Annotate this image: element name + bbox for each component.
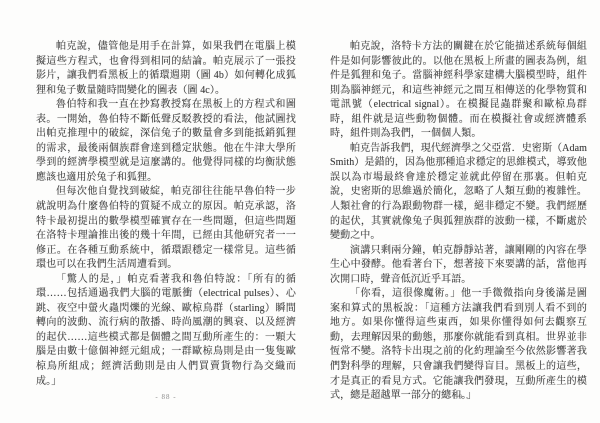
- paragraph: 「你看，這很像魔術。」他一手微微指向身後滿是圖案和算式的黑板說：「這種方法讓我們…: [330, 287, 587, 403]
- page-right: 帕克說，洛特卡方法的關鍵在於它能描述系統每個組件是如何影響彼此的。以他在黑板上所…: [330, 0, 587, 423]
- paragraph: 帕克說，洛特卡方法的關鍵在於它能描述系統每個組件是如何影響彼此的。以他在黑板上所…: [330, 40, 587, 142]
- paragraph: 但每次他自覺找到破綻，帕克卻往往能早魯伯特一步就說明為什麼魯伯特的質疑不成立的原…: [36, 185, 296, 272]
- paragraph: 帕克說，儘管他是用手在計算，如果我們在電腦上模擬這些方程式，也會得到相同的結論。…: [36, 40, 296, 98]
- page-number-left: - 88 -: [36, 393, 296, 401]
- page-left-text: 帕克說，儘管他是用手在計算，如果我們在電腦上模擬這些方程式，也會得到相同的結論。…: [36, 40, 296, 389]
- book-spread: 帕克說，儘管他是用手在計算，如果我們在電腦上模擬這些方程式，也會得到相同的結論。…: [0, 0, 600, 423]
- paragraph: 魯伯特和我一直在抄寫教授寫在黑板上的方程式和圖表。一開始，魯伯特不斷低聲反駁教授…: [36, 98, 296, 185]
- paragraph: 「驚人的是，」帕克看著我和魯伯特說：「所有的循環……包括通過我們大腦的電脈衝（e…: [36, 273, 296, 389]
- page-number-right: - 89 -: [330, 393, 587, 401]
- paragraph: 帕克告訴我們，現代經濟學之父亞當．史密斯（Adam Smith）是錯的，因為他那…: [330, 142, 587, 244]
- paragraph: 演講只剩兩分鐘，帕克靜靜站著，讓剛剛的內容在學生心中發酵。他看著台下，想著接下來…: [330, 244, 587, 288]
- page-left: 帕克說，儘管他是用手在計算，如果我們在電腦上模擬這些方程式，也會得到相同的結論。…: [36, 0, 296, 423]
- page-right-text: 帕克說，洛特卡方法的關鍵在於它能描述系統每個組件是如何影響彼此的。以他在黑板上所…: [330, 40, 587, 404]
